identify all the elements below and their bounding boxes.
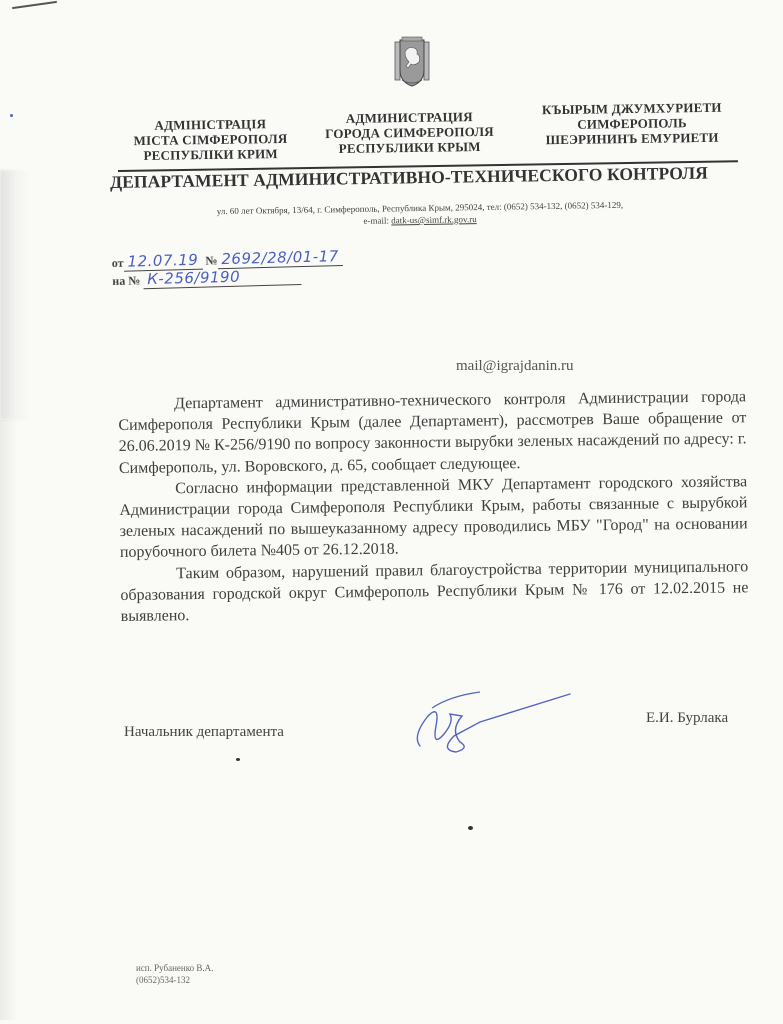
- reply-label: на №: [112, 273, 140, 289]
- scan-artifact: [12, 1, 57, 9]
- header-line: РЕСПУБЛІКИ КРИМ: [118, 146, 303, 164]
- body-paragraph: Таким образом, нарушений правил благоуст…: [120, 556, 749, 627]
- letter-body: Департамент административно-технического…: [118, 386, 749, 627]
- handwritten-signature-icon: [410, 686, 580, 756]
- scan-artifact: [10, 114, 13, 117]
- number-label: №: [205, 253, 217, 268]
- outgoing-date: 12.07.19: [127, 251, 198, 271]
- scan-artifact: [0, 420, 18, 1020]
- scan-artifact: [236, 758, 240, 761]
- header-russian-name: АДМИНИСТРАЦИЯ ГОРОДА СИМФЕРОПОЛЯ РЕСПУБЛ…: [312, 109, 508, 157]
- scan-artifact: [0, 170, 30, 420]
- header-line: КЪЫРЫМ ДЖУМХУРИЕТИ: [527, 100, 737, 118]
- header-line: РЕСПУБЛИКИ КРЫМ: [312, 139, 507, 157]
- signatory-title: Начальник департамента: [124, 724, 284, 741]
- executor-phone: (0652)534-132: [136, 974, 213, 986]
- header-ukrainian-name: АДМІНІСТРАЦІЯ МІСТА СІМФЕРОПОЛЯ РЕСПУБЛІ…: [118, 116, 304, 164]
- department-title: ДЕПАРТАМЕНТ АДМИНИСТРАТИВНО-ТЕХНИЧЕСКОГО…: [110, 162, 740, 193]
- executor-info: исп. Рубаненко В.А. (0652)534-132: [136, 962, 213, 986]
- executor-name: исп. Рубаненко В.А.: [136, 962, 213, 974]
- crimea-coat-of-arms-icon: [394, 36, 430, 88]
- body-paragraph: Согласно информации представленной МКУ Д…: [119, 471, 748, 563]
- header-line: ШЕЭРИНИНЪ ЕМУРИЕТИ: [527, 130, 737, 148]
- reply-number-field: К-256/9190: [143, 266, 301, 289]
- header-crimean-tatar-name: КЪЫРЫМ ДЖУМХУРИЕТИ СИМФЕРОПОЛЬ ШЕЭРИНИНЪ…: [527, 100, 738, 148]
- department-address: ул. 60 лет Октября, 13/64, г. Симферопол…: [140, 198, 700, 231]
- from-label: от: [112, 256, 124, 271]
- reply-number: К-256/9190: [147, 268, 240, 288]
- body-paragraph: Департамент административно-технического…: [118, 386, 747, 478]
- reference-block: от12.07.19 №2692/28/01-17 на № К-256/919…: [112, 247, 343, 289]
- scan-artifact: [468, 826, 473, 830]
- email-link[interactable]: datk-us@simf.rk.gov.ru: [391, 214, 477, 225]
- email-label: e-mail:: [363, 215, 389, 225]
- scanned-letter-page: АДМІНІСТРАЦІЯ МІСТА СІМФЕРОПОЛЯ РЕСПУБЛІ…: [0, 0, 783, 1024]
- signatory-name: Е.И. Бурлака: [646, 710, 728, 727]
- recipient-email: mail@igrajdanin.ru: [456, 358, 574, 375]
